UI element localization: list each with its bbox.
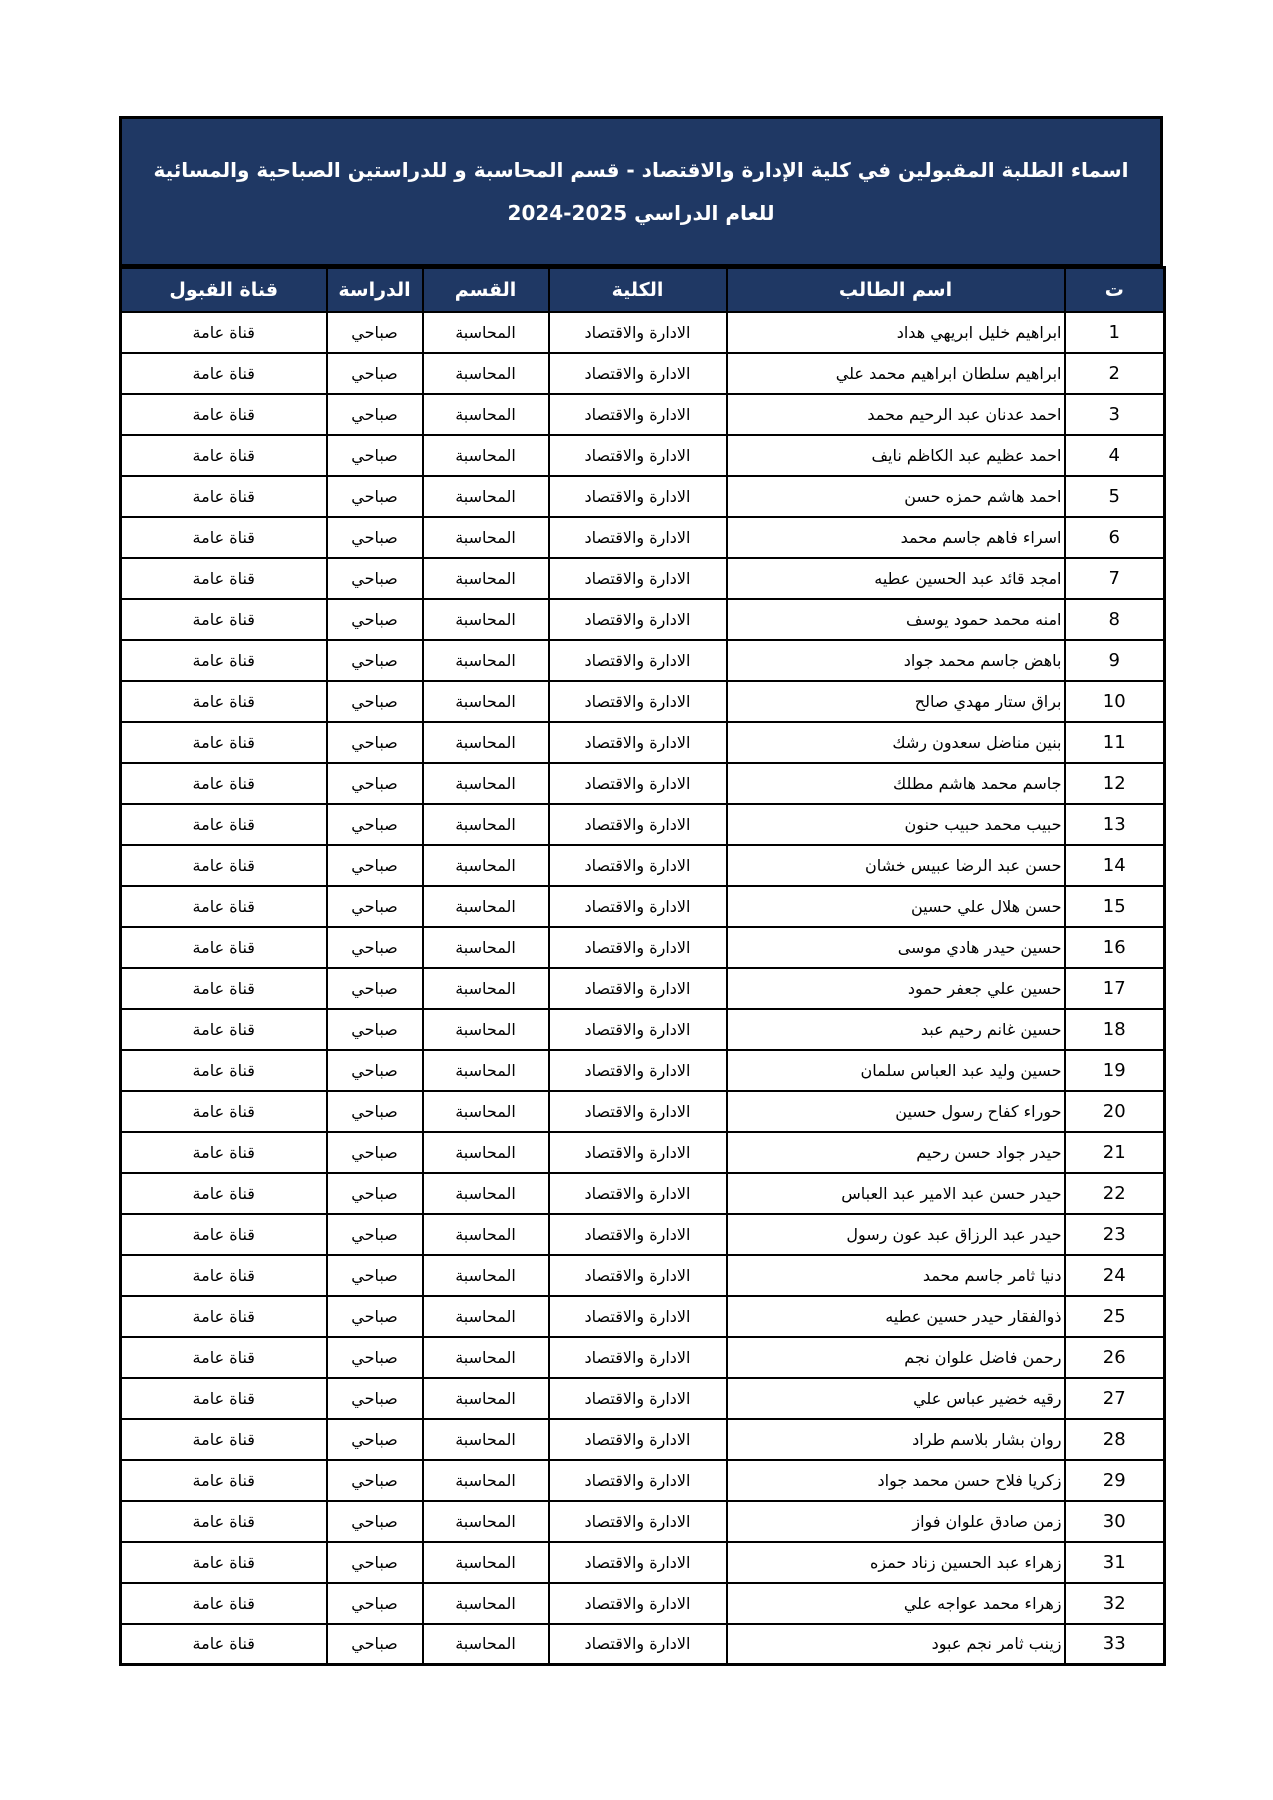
cell-dept: المحاسبة xyxy=(423,1378,549,1419)
cell-college: الادارة والاقتصاد xyxy=(549,763,727,804)
cell-channel: قناة عامة xyxy=(121,599,327,640)
cell-no: 26 xyxy=(1065,1337,1165,1378)
document-title-line2: للعام الدراسي 2025-2024 xyxy=(148,201,1134,226)
table-row: 20حوراء كفاح رسول حسينالادارة والاقتصادا… xyxy=(121,1091,1165,1132)
cell-college: الادارة والاقتصاد xyxy=(549,1009,727,1050)
table-row: 2ابراهيم سلطان ابراهيم محمد عليالادارة و… xyxy=(121,353,1165,394)
cell-channel: قناة عامة xyxy=(121,1173,327,1214)
cell-dept: المحاسبة xyxy=(423,599,549,640)
cell-name: زمن صادق علوان فواز xyxy=(727,1501,1065,1542)
table-row: 29زكريا فلاح حسن محمد جوادالادارة والاقت… xyxy=(121,1460,1165,1501)
cell-study: صباحي xyxy=(327,1173,423,1214)
cell-college: الادارة والاقتصاد xyxy=(549,845,727,886)
cell-college: الادارة والاقتصاد xyxy=(549,1378,727,1419)
cell-name: زكريا فلاح حسن محمد جواد xyxy=(727,1460,1065,1501)
cell-dept: المحاسبة xyxy=(423,1337,549,1378)
cell-no: 3 xyxy=(1065,394,1165,435)
cell-college: الادارة والاقتصاد xyxy=(549,804,727,845)
cell-name: حبيب محمد حبيب حنون xyxy=(727,804,1065,845)
cell-study: صباحي xyxy=(327,435,423,476)
cell-dept: المحاسبة xyxy=(423,1460,549,1501)
cell-no: 13 xyxy=(1065,804,1165,845)
cell-channel: قناة عامة xyxy=(121,476,327,517)
cell-study: صباحي xyxy=(327,1009,423,1050)
cell-name: ابراهيم سلطان ابراهيم محمد علي xyxy=(727,353,1065,394)
cell-dept: المحاسبة xyxy=(423,1132,549,1173)
column-header-no: ت xyxy=(1065,268,1165,312)
cell-name: احمد عظيم عبد الكاظم نايف xyxy=(727,435,1065,476)
cell-study: صباحي xyxy=(327,1132,423,1173)
cell-no: 2 xyxy=(1065,353,1165,394)
cell-no: 23 xyxy=(1065,1214,1165,1255)
cell-channel: قناة عامة xyxy=(121,845,327,886)
cell-channel: قناة عامة xyxy=(121,968,327,1009)
cell-study: صباحي xyxy=(327,1337,423,1378)
cell-channel: قناة عامة xyxy=(121,1009,327,1050)
cell-dept: المحاسبة xyxy=(423,1296,549,1337)
cell-college: الادارة والاقتصاد xyxy=(549,1542,727,1583)
cell-dept: المحاسبة xyxy=(423,1419,549,1460)
cell-channel: قناة عامة xyxy=(121,886,327,927)
column-header-dept: القسم xyxy=(423,268,549,312)
cell-study: صباحي xyxy=(327,1091,423,1132)
cell-study: صباحي xyxy=(327,394,423,435)
cell-college: الادارة والاقتصاد xyxy=(549,1173,727,1214)
cell-channel: قناة عامة xyxy=(121,517,327,558)
cell-study: صباحي xyxy=(327,1378,423,1419)
cell-dept: المحاسبة xyxy=(423,886,549,927)
cell-dept: المحاسبة xyxy=(423,476,549,517)
cell-name: ابراهيم خليل ابريهي هداد xyxy=(727,312,1065,353)
cell-college: الادارة والاقتصاد xyxy=(549,517,727,558)
cell-college: الادارة والاقتصاد xyxy=(549,1460,727,1501)
cell-study: صباحي xyxy=(327,640,423,681)
cell-name: احمد هاشم حمزه حسن xyxy=(727,476,1065,517)
table-row: 12جاسم محمد هاشم مطلكالادارة والاقتصادال… xyxy=(121,763,1165,804)
cell-channel: قناة عامة xyxy=(121,722,327,763)
cell-no: 1 xyxy=(1065,312,1165,353)
cell-study: صباحي xyxy=(327,312,423,353)
table-row: 8امنه محمد حمود يوسفالادارة والاقتصادالم… xyxy=(121,599,1165,640)
cell-study: صباحي xyxy=(327,1624,423,1665)
cell-no: 29 xyxy=(1065,1460,1165,1501)
cell-college: الادارة والاقتصاد xyxy=(549,558,727,599)
cell-name: رحمن فاضل علوان نجم xyxy=(727,1337,1065,1378)
table-row: 16حسين حيدر هادي موسىالادارة والاقتصادال… xyxy=(121,927,1165,968)
cell-study: صباحي xyxy=(327,1583,423,1624)
students-table-header: ت اسم الطالب الكلية القسم الدراسة قناة ا… xyxy=(121,268,1165,312)
cell-study: صباحي xyxy=(327,886,423,927)
cell-name: روان بشار بلاسم طراد xyxy=(727,1419,1065,1460)
table-row: 15حسن هلال علي حسينالادارة والاقتصادالمح… xyxy=(121,886,1165,927)
cell-dept: المحاسبة xyxy=(423,1009,549,1050)
cell-channel: قناة عامة xyxy=(121,1419,327,1460)
cell-college: الادارة والاقتصاد xyxy=(549,1583,727,1624)
cell-name: زينب ثامر نجم عبود xyxy=(727,1624,1065,1665)
table-row: 23حيدر عبد الرزاق عبد عون رسولالادارة وا… xyxy=(121,1214,1165,1255)
column-header-college: الكلية xyxy=(549,268,727,312)
table-row: 18حسين غانم رحيم عبدالادارة والاقتصادالم… xyxy=(121,1009,1165,1050)
cell-college: الادارة والاقتصاد xyxy=(549,681,727,722)
cell-college: الادارة والاقتصاد xyxy=(549,394,727,435)
cell-no: 27 xyxy=(1065,1378,1165,1419)
cell-no: 28 xyxy=(1065,1419,1165,1460)
cell-no: 31 xyxy=(1065,1542,1165,1583)
cell-no: 25 xyxy=(1065,1296,1165,1337)
cell-study: صباحي xyxy=(327,599,423,640)
cell-channel: قناة عامة xyxy=(121,640,327,681)
cell-dept: المحاسبة xyxy=(423,394,549,435)
cell-name: حسين غانم رحيم عبد xyxy=(727,1009,1065,1050)
cell-college: الادارة والاقتصاد xyxy=(549,1132,727,1173)
cell-channel: قناة عامة xyxy=(121,353,327,394)
cell-college: الادارة والاقتصاد xyxy=(549,927,727,968)
cell-dept: المحاسبة xyxy=(423,1214,549,1255)
cell-no: 19 xyxy=(1065,1050,1165,1091)
cell-name: بنين مناضل سعدون رشك xyxy=(727,722,1065,763)
cell-dept: المحاسبة xyxy=(423,1501,549,1542)
admission-table-document: اسماء الطلبة المقبولين في كلية الإدارة و… xyxy=(119,116,1163,1666)
cell-channel: قناة عامة xyxy=(121,1542,327,1583)
cell-dept: المحاسبة xyxy=(423,722,549,763)
cell-name: حسن هلال علي حسين xyxy=(727,886,1065,927)
cell-name: زهراء عبد الحسين زناد حمزه xyxy=(727,1542,1065,1583)
table-row: 7امجد قائد عبد الحسين عطيهالادارة والاقت… xyxy=(121,558,1165,599)
cell-channel: قناة عامة xyxy=(121,1255,327,1296)
students-table-body: 1ابراهيم خليل ابريهي هدادالادارة والاقتص… xyxy=(121,312,1165,1665)
cell-study: صباحي xyxy=(327,558,423,599)
cell-college: الادارة والاقتصاد xyxy=(549,1419,727,1460)
cell-dept: المحاسبة xyxy=(423,681,549,722)
cell-no: 30 xyxy=(1065,1501,1165,1542)
cell-name: زهراء محمد عواجه علي xyxy=(727,1583,1065,1624)
cell-study: صباحي xyxy=(327,353,423,394)
cell-no: 10 xyxy=(1065,681,1165,722)
table-row: 10براق ستار مهدي صالحالادارة والاقتصادال… xyxy=(121,681,1165,722)
header-row: ت اسم الطالب الكلية القسم الدراسة قناة ا… xyxy=(121,268,1165,312)
table-row: 14حسن عبد الرضا عبيس خشانالادارة والاقتص… xyxy=(121,845,1165,886)
cell-study: صباحي xyxy=(327,1419,423,1460)
cell-name: حسين وليد عبد العباس سلمان xyxy=(727,1050,1065,1091)
cell-study: صباحي xyxy=(327,476,423,517)
cell-dept: المحاسبة xyxy=(423,640,549,681)
cell-name: جاسم محمد هاشم مطلك xyxy=(727,763,1065,804)
table-row: 5احمد هاشم حمزه حسنالادارة والاقتصادالمح… xyxy=(121,476,1165,517)
table-row: 17حسين علي جعفر حمودالادارة والاقتصادالم… xyxy=(121,968,1165,1009)
cell-no: 15 xyxy=(1065,886,1165,927)
cell-college: الادارة والاقتصاد xyxy=(549,886,727,927)
column-header-name: اسم الطالب xyxy=(727,268,1065,312)
cell-college: الادارة والاقتصاد xyxy=(549,722,727,763)
cell-no: 21 xyxy=(1065,1132,1165,1173)
cell-no: 11 xyxy=(1065,722,1165,763)
cell-name: حسين علي جعفر حمود xyxy=(727,968,1065,1009)
table-row: 31زهراء عبد الحسين زناد حمزهالادارة والا… xyxy=(121,1542,1165,1583)
cell-name: اسراء فاهم جاسم محمد xyxy=(727,517,1065,558)
document-page: اسماء الطلبة المقبولين في كلية الإدارة و… xyxy=(0,0,1273,1800)
table-row: 3احمد عدنان عبد الرحيم محمدالادارة والاق… xyxy=(121,394,1165,435)
cell-channel: قناة عامة xyxy=(121,394,327,435)
cell-dept: المحاسبة xyxy=(423,353,549,394)
cell-channel: قناة عامة xyxy=(121,1460,327,1501)
cell-no: 18 xyxy=(1065,1009,1165,1050)
table-row: 33زينب ثامر نجم عبودالادارة والاقتصادالم… xyxy=(121,1624,1165,1665)
cell-study: صباحي xyxy=(327,1460,423,1501)
cell-name: احمد عدنان عبد الرحيم محمد xyxy=(727,394,1065,435)
cell-dept: المحاسبة xyxy=(423,968,549,1009)
cell-no: 32 xyxy=(1065,1583,1165,1624)
table-row: 11بنين مناضل سعدون رشكالادارة والاقتصادا… xyxy=(121,722,1165,763)
cell-college: الادارة والاقتصاد xyxy=(549,1296,727,1337)
cell-study: صباحي xyxy=(327,804,423,845)
cell-college: الادارة والاقتصاد xyxy=(549,968,727,1009)
cell-study: صباحي xyxy=(327,517,423,558)
table-row: 32زهراء محمد عواجه عليالادارة والاقتصادا… xyxy=(121,1583,1165,1624)
cell-name: حيدر حسن عبد الامير عبد العباس xyxy=(727,1173,1065,1214)
cell-no: 12 xyxy=(1065,763,1165,804)
cell-dept: المحاسبة xyxy=(423,517,549,558)
cell-dept: المحاسبة xyxy=(423,1050,549,1091)
cell-channel: قناة عامة xyxy=(121,1132,327,1173)
cell-dept: المحاسبة xyxy=(423,804,549,845)
cell-study: صباحي xyxy=(327,1296,423,1337)
cell-no: 22 xyxy=(1065,1173,1165,1214)
cell-name: حسين حيدر هادي موسى xyxy=(727,927,1065,968)
cell-channel: قناة عامة xyxy=(121,1214,327,1255)
cell-channel: قناة عامة xyxy=(121,763,327,804)
document-title-line1: اسماء الطلبة المقبولين في كلية الإدارة و… xyxy=(148,158,1134,183)
cell-study: صباحي xyxy=(327,1255,423,1296)
cell-name: حسن عبد الرضا عبيس خشان xyxy=(727,845,1065,886)
cell-name: حيدر عبد الرزاق عبد عون رسول xyxy=(727,1214,1065,1255)
cell-college: الادارة والاقتصاد xyxy=(549,1624,727,1665)
cell-channel: قناة عامة xyxy=(121,1337,327,1378)
cell-college: الادارة والاقتصاد xyxy=(549,599,727,640)
cell-no: 20 xyxy=(1065,1091,1165,1132)
table-row: 25ذوالفقار حيدر حسين عطيهالادارة والاقتص… xyxy=(121,1296,1165,1337)
cell-channel: قناة عامة xyxy=(121,804,327,845)
cell-no: 24 xyxy=(1065,1255,1165,1296)
table-row: 9باهض جاسم محمد جوادالادارة والاقتصادالم… xyxy=(121,640,1165,681)
cell-study: صباحي xyxy=(327,763,423,804)
cell-dept: المحاسبة xyxy=(423,1091,549,1132)
cell-name: براق ستار مهدي صالح xyxy=(727,681,1065,722)
cell-college: الادارة والاقتصاد xyxy=(549,1337,727,1378)
document-title-block: اسماء الطلبة المقبولين في كلية الإدارة و… xyxy=(119,116,1163,266)
column-header-study: الدراسة xyxy=(327,268,423,312)
cell-channel: قناة عامة xyxy=(121,681,327,722)
column-header-channel: قناة القبول xyxy=(121,268,327,312)
cell-channel: قناة عامة xyxy=(121,312,327,353)
table-row: 21حيدر جواد حسن رحيمالادارة والاقتصادالم… xyxy=(121,1132,1165,1173)
cell-dept: المحاسبة xyxy=(423,763,549,804)
cell-college: الادارة والاقتصاد xyxy=(549,1501,727,1542)
cell-study: صباحي xyxy=(327,1050,423,1091)
table-row: 13حبيب محمد حبيب حنونالادارة والاقتصادال… xyxy=(121,804,1165,845)
cell-dept: المحاسبة xyxy=(423,1624,549,1665)
table-row: 22حيدر حسن عبد الامير عبد العباسالادارة … xyxy=(121,1173,1165,1214)
cell-channel: قناة عامة xyxy=(121,927,327,968)
cell-name: ذوالفقار حيدر حسين عطيه xyxy=(727,1296,1065,1337)
cell-dept: المحاسبة xyxy=(423,1173,549,1214)
cell-college: الادارة والاقتصاد xyxy=(549,353,727,394)
table-row: 1ابراهيم خليل ابريهي هدادالادارة والاقتص… xyxy=(121,312,1165,353)
cell-study: صباحي xyxy=(327,927,423,968)
cell-name: حوراء كفاح رسول حسين xyxy=(727,1091,1065,1132)
table-row: 28روان بشار بلاسم طرادالادارة والاقتصادا… xyxy=(121,1419,1165,1460)
cell-dept: المحاسبة xyxy=(423,312,549,353)
cell-channel: قناة عامة xyxy=(121,1091,327,1132)
cell-no: 17 xyxy=(1065,968,1165,1009)
cell-channel: قناة عامة xyxy=(121,435,327,476)
cell-dept: المحاسبة xyxy=(423,1542,549,1583)
cell-name: رقيه خضير عباس علي xyxy=(727,1378,1065,1419)
cell-name: امجد قائد عبد الحسين عطيه xyxy=(727,558,1065,599)
cell-college: الادارة والاقتصاد xyxy=(549,435,727,476)
cell-no: 14 xyxy=(1065,845,1165,886)
cell-channel: قناة عامة xyxy=(121,1624,327,1665)
cell-study: صباحي xyxy=(327,1542,423,1583)
cell-dept: المحاسبة xyxy=(423,1255,549,1296)
cell-college: الادارة والاقتصاد xyxy=(549,1255,727,1296)
cell-study: صباحي xyxy=(327,722,423,763)
cell-channel: قناة عامة xyxy=(121,1296,327,1337)
table-row: 19حسين وليد عبد العباس سلمانالادارة والا… xyxy=(121,1050,1165,1091)
cell-dept: المحاسبة xyxy=(423,845,549,886)
table-row: 6اسراء فاهم جاسم محمدالادارة والاقتصادال… xyxy=(121,517,1165,558)
students-table: ت اسم الطالب الكلية القسم الدراسة قناة ا… xyxy=(119,266,1166,1666)
cell-no: 7 xyxy=(1065,558,1165,599)
cell-name: حيدر جواد حسن رحيم xyxy=(727,1132,1065,1173)
table-row: 30زمن صادق علوان فوازالادارة والاقتصادال… xyxy=(121,1501,1165,1542)
cell-no: 16 xyxy=(1065,927,1165,968)
cell-no: 6 xyxy=(1065,517,1165,558)
table-row: 27رقيه خضير عباس عليالادارة والاقتصادالم… xyxy=(121,1378,1165,1419)
cell-no: 33 xyxy=(1065,1624,1165,1665)
cell-no: 8 xyxy=(1065,599,1165,640)
cell-dept: المحاسبة xyxy=(423,927,549,968)
cell-dept: المحاسبة xyxy=(423,435,549,476)
cell-study: صباحي xyxy=(327,1214,423,1255)
cell-name: باهض جاسم محمد جواد xyxy=(727,640,1065,681)
cell-college: الادارة والاقتصاد xyxy=(549,1091,727,1132)
cell-dept: المحاسبة xyxy=(423,558,549,599)
cell-study: صباحي xyxy=(327,845,423,886)
cell-channel: قناة عامة xyxy=(121,1501,327,1542)
table-row: 26رحمن فاضل علوان نجمالادارة والاقتصادال… xyxy=(121,1337,1165,1378)
cell-channel: قناة عامة xyxy=(121,1378,327,1419)
cell-college: الادارة والاقتصاد xyxy=(549,1050,727,1091)
cell-dept: المحاسبة xyxy=(423,1583,549,1624)
cell-channel: قناة عامة xyxy=(121,1583,327,1624)
cell-college: الادارة والاقتصاد xyxy=(549,640,727,681)
cell-no: 4 xyxy=(1065,435,1165,476)
cell-college: الادارة والاقتصاد xyxy=(549,1214,727,1255)
cell-college: الادارة والاقتصاد xyxy=(549,476,727,517)
table-row: 4احمد عظيم عبد الكاظم نايفالادارة والاقت… xyxy=(121,435,1165,476)
cell-channel: قناة عامة xyxy=(121,558,327,599)
cell-name: امنه محمد حمود يوسف xyxy=(727,599,1065,640)
cell-name: دنيا ثامر جاسم محمد xyxy=(727,1255,1065,1296)
cell-study: صباحي xyxy=(327,681,423,722)
cell-college: الادارة والاقتصاد xyxy=(549,312,727,353)
table-row: 24دنيا ثامر جاسم محمدالادارة والاقتصادال… xyxy=(121,1255,1165,1296)
cell-study: صباحي xyxy=(327,968,423,1009)
cell-no: 9 xyxy=(1065,640,1165,681)
cell-study: صباحي xyxy=(327,1501,423,1542)
cell-channel: قناة عامة xyxy=(121,1050,327,1091)
cell-no: 5 xyxy=(1065,476,1165,517)
